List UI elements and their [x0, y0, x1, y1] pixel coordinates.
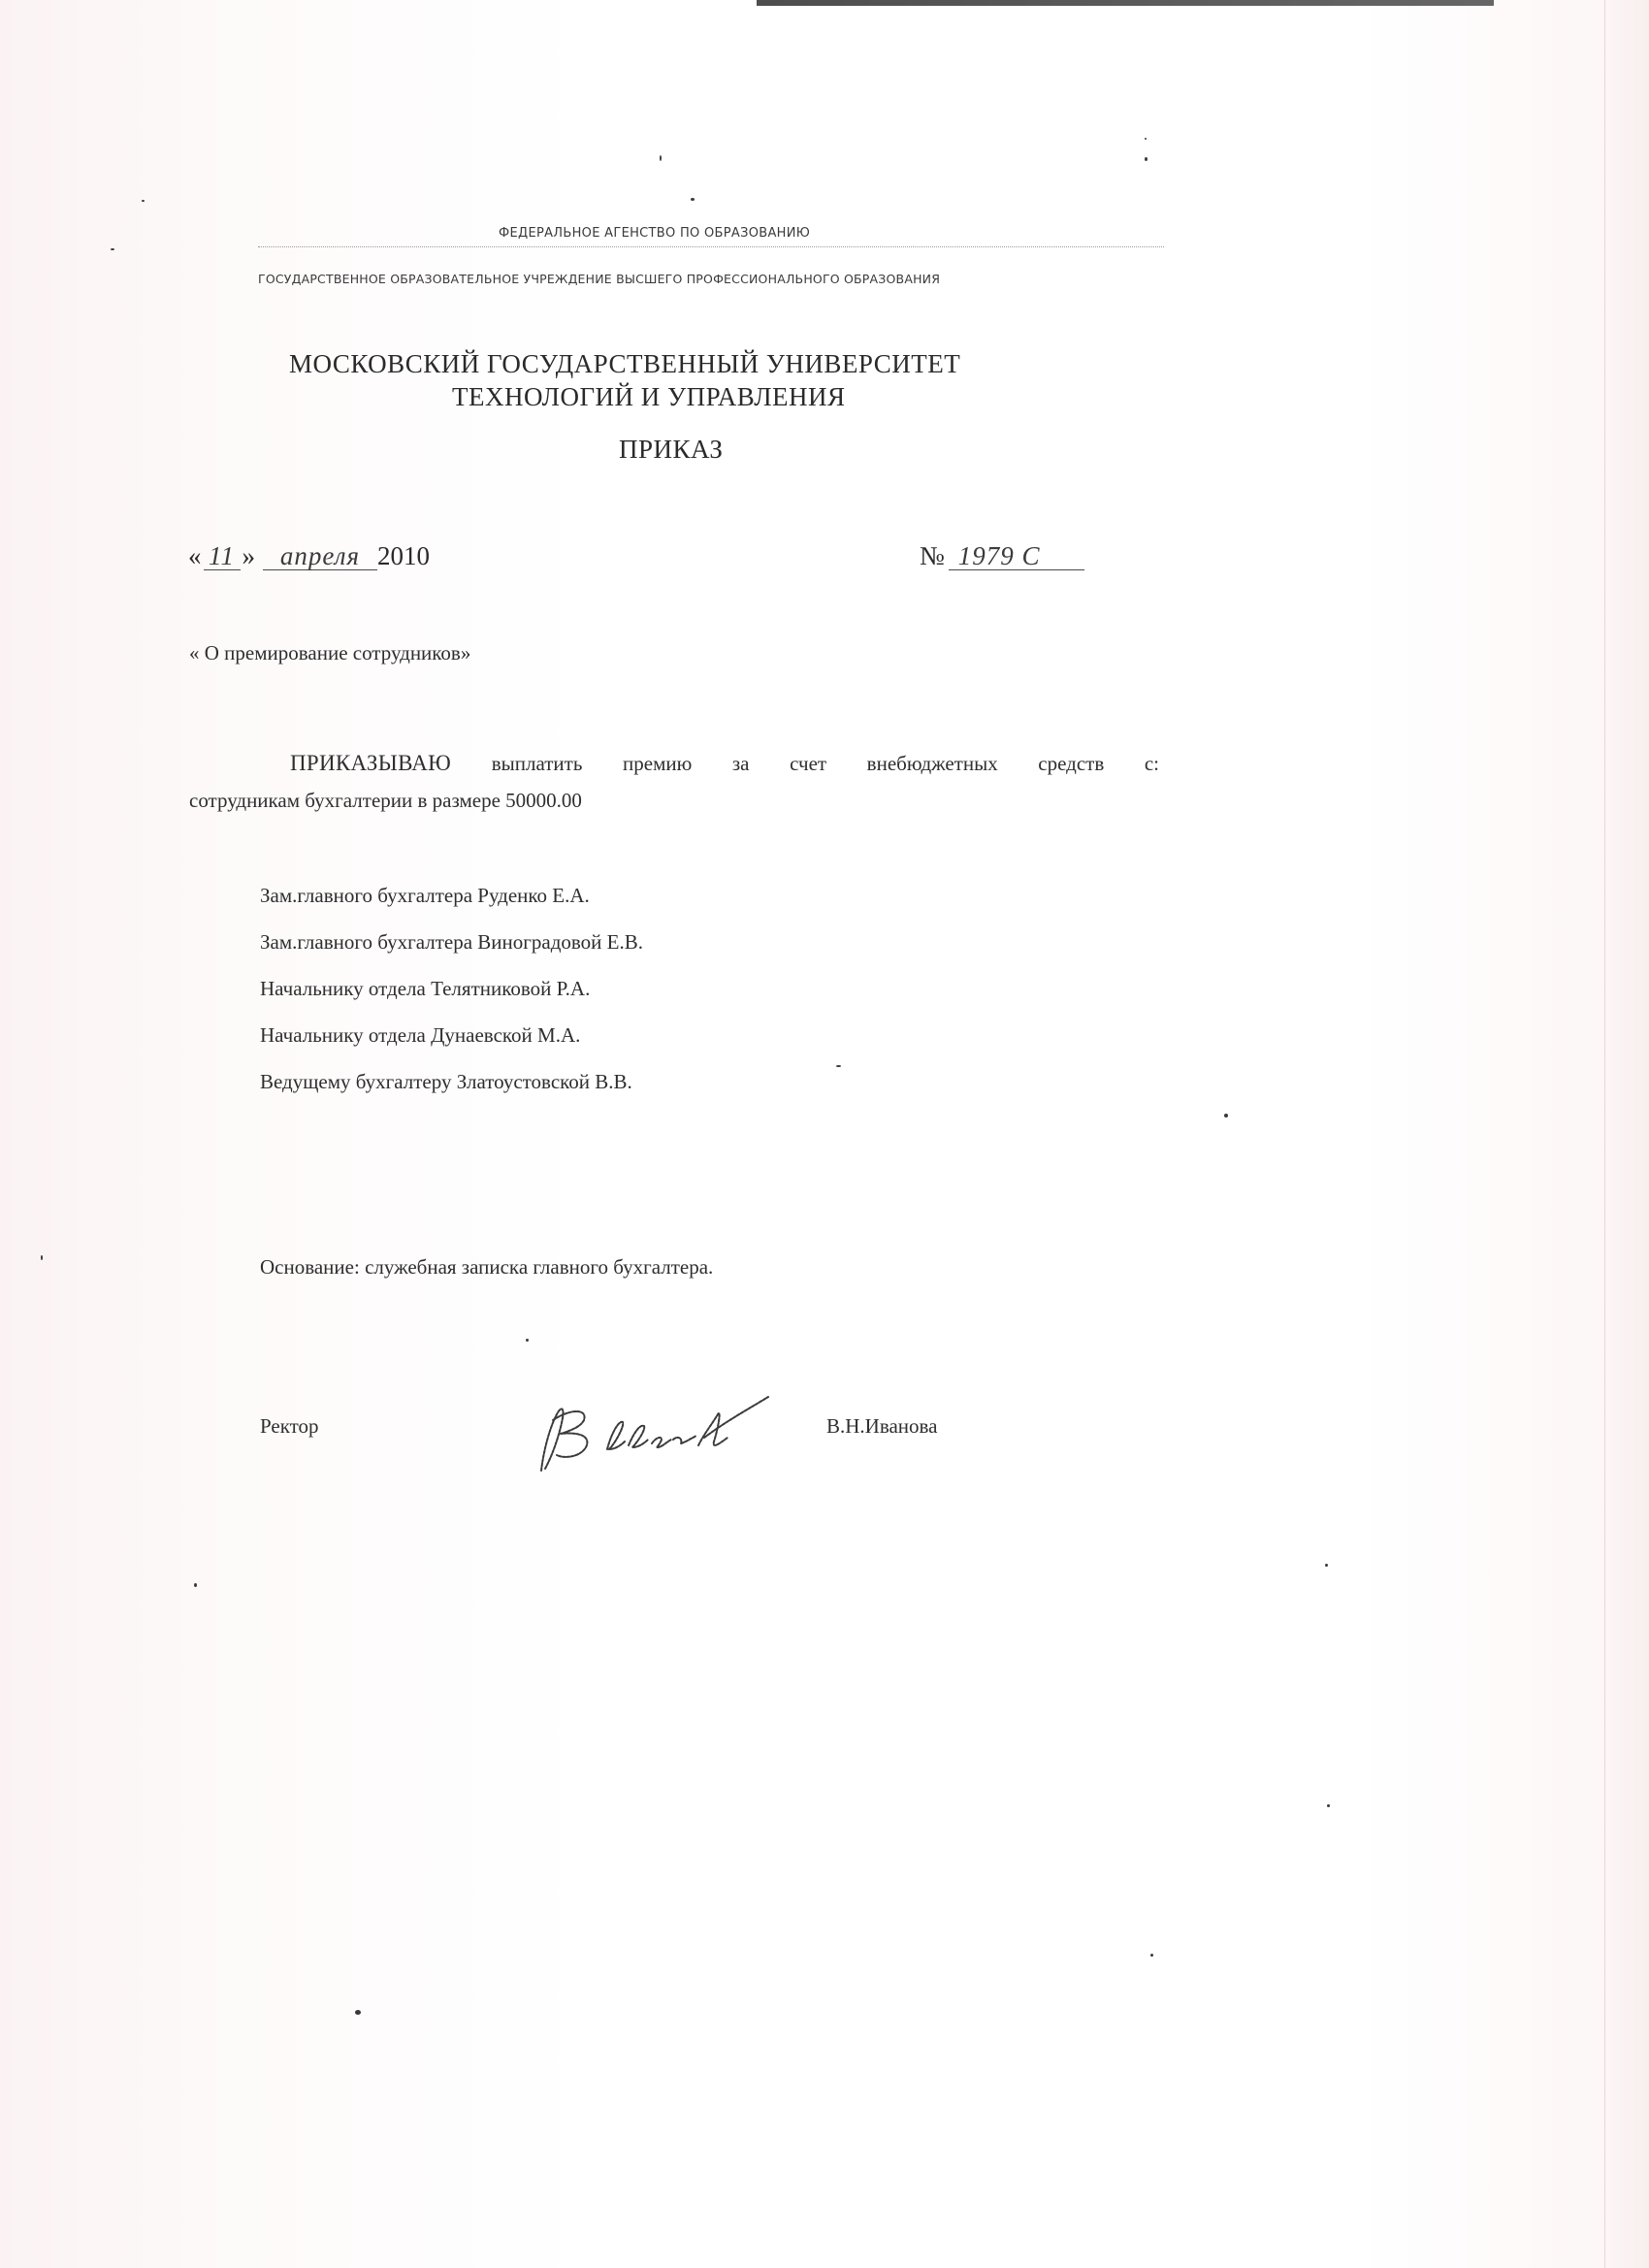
header-divider — [258, 246, 1164, 247]
university-name-line2: ТЕХНОЛОГИЙ И УПРАВЛЕНИЯ — [452, 382, 846, 412]
signatory-title: Ректор — [260, 1414, 319, 1439]
number-value-handwritten: 1979 С — [949, 542, 1084, 570]
scan-speck — [41, 1255, 43, 1260]
scan-speck — [1145, 138, 1147, 140]
institution-header: ГОСУДАРСТВЕННОЕ ОБРАЗОВАТЕЛЬНОЕ УЧРЕЖДЕН… — [258, 272, 940, 286]
scan-speck — [660, 155, 662, 161]
order-subject: « О премирование сотрудников» — [189, 641, 470, 665]
scan-speck — [111, 248, 114, 250]
scan-speck — [691, 198, 695, 201]
scan-top-edge — [0, 0, 1649, 6]
date-close-quote: » — [242, 541, 256, 571]
order-body: ПРИКАЗЫВАЮ выплатить премию за счет внеб… — [189, 745, 1159, 819]
scan-speck — [836, 1065, 841, 1067]
recipient-item: Начальнику отдела Телятниковой Р.А. — [260, 974, 643, 1021]
order-body-line1-text: выплатить премию за счет внебюджетных ср… — [492, 752, 1159, 775]
page-fold-line — [1604, 0, 1605, 2268]
document-title: ПРИКАЗ — [619, 435, 723, 465]
scan-speck — [355, 2010, 361, 2015]
scan-speck — [1325, 1564, 1328, 1567]
scan-speck — [194, 1583, 197, 1587]
signatory-name: В.Н.Иванова — [826, 1414, 938, 1439]
scan-speck — [1327, 1804, 1330, 1807]
order-body-line1: ПРИКАЗЫВАЮ выплатить премию за счет внеб… — [189, 745, 1159, 782]
date-year: 2010 — [377, 541, 430, 571]
scan-speck — [1150, 1954, 1153, 1957]
agency-header: ФЕДЕРАЛЬНОЕ АГЕНСТВО ПО ОБРАЗОВАНИЮ — [499, 226, 810, 241]
university-name-line1: МОСКОВСКИЙ ГОСУДАРСТВЕННЫЙ УНИВЕРСИТЕТ — [289, 349, 960, 379]
order-body-line2: сотрудникам бухгалтерии в размере 50000.… — [189, 782, 1159, 819]
recipient-item: Ведущему бухгалтеру Златоустовской В.В. — [260, 1067, 643, 1114]
scan-speck — [1145, 157, 1148, 161]
date-open-quote: « — [188, 541, 202, 571]
order-keyword: ПРИКАЗЫВАЮ — [290, 751, 451, 775]
recipient-item: Начальнику отдела Дунаевской М.А. — [260, 1021, 643, 1067]
scan-speck — [526, 1339, 529, 1342]
recipient-item: Зам.главного бухгалтера Руденко Е.А. — [260, 881, 643, 927]
scan-speck — [1224, 1114, 1228, 1118]
date-month-handwritten: апреля — [263, 542, 377, 570]
order-number: № 1979 С — [920, 541, 1084, 571]
order-basis: Основание: служебная записка главного бу… — [260, 1255, 713, 1280]
recipient-item: Зам.главного бухгалтера Виноградовой Е.В… — [260, 927, 643, 974]
handwritten-signature — [514, 1385, 805, 1473]
order-date: « 11 » апреля 2010 — [188, 541, 430, 571]
number-label: № — [920, 541, 945, 571]
recipient-list: Зам.главного бухгалтера Руденко Е.А. Зам… — [260, 881, 643, 1114]
scanned-page: ФЕДЕРАЛЬНОЕ АГЕНСТВО ПО ОБРАЗОВАНИЮ ГОСУ… — [0, 0, 1649, 2268]
date-day-handwritten: 11 — [204, 542, 241, 570]
scan-speck — [142, 200, 145, 202]
